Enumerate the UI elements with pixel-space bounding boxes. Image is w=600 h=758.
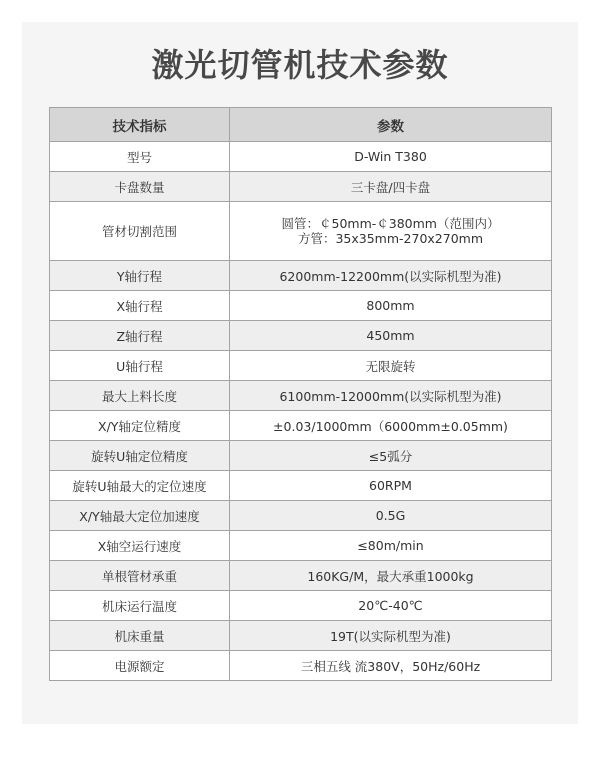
table-row: 管材切割范围 圆管：￠50mm-￠380mm（范围内） 方管：35x35mm-2…: [50, 202, 552, 261]
row-label: X轴行程: [50, 291, 230, 321]
row-label: X/Y轴定位精度: [50, 411, 230, 441]
table-row: Y轴行程 6200mm-12200mm(以实际机型为准): [50, 261, 552, 291]
row-value: 三相五线 流380V，50Hz/60Hz: [230, 651, 552, 681]
row-label: 型号: [50, 142, 230, 172]
row-value: 三卡盘/四卡盘: [230, 172, 552, 202]
table-row: 卡盘数量 三卡盘/四卡盘: [50, 172, 552, 202]
row-label: X/Y轴最大定位加速度: [50, 501, 230, 531]
row-value: 160KG/M，最大承重1000kg: [230, 561, 552, 591]
table-row: 电源额定 三相五线 流380V，50Hz/60Hz: [50, 651, 552, 681]
row-value: 20℃-40℃: [230, 591, 552, 621]
row-value: 6200mm-12200mm(以实际机型为准): [230, 261, 552, 291]
row-label: Y轴行程: [50, 261, 230, 291]
table-row: X轴空运行速度 ≤80m/min: [50, 531, 552, 561]
column-header-spec: 技术指标: [50, 108, 230, 142]
page-title: 激光切管机技术参数: [22, 45, 578, 85]
row-label: 单根管材承重: [50, 561, 230, 591]
row-value: 无限旋转: [230, 351, 552, 381]
table-row: 机床重量 19T(以实际机型为准): [50, 621, 552, 651]
row-value: 19T(以实际机型为准): [230, 621, 552, 651]
row-label: 管材切割范围: [50, 202, 230, 261]
table-row: 最大上料长度 6100mm-12000mm(以实际机型为准): [50, 381, 552, 411]
row-label: 电源额定: [50, 651, 230, 681]
spec-table: 技术指标 参数 型号 D-Win T380 卡盘数量 三卡盘/四卡盘 管材切割范…: [49, 107, 552, 681]
table-row: Z轴行程 450mm: [50, 321, 552, 351]
row-value-line: 方管：35x35mm-270x270mm: [234, 231, 547, 246]
row-label: Z轴行程: [50, 321, 230, 351]
row-value: 60RPM: [230, 471, 552, 501]
row-value-line: 圆管：￠50mm-￠380mm（范围内）: [234, 216, 547, 231]
table-row: X/Y轴最大定位加速度 0.5G: [50, 501, 552, 531]
table-row: 单根管材承重 160KG/M，最大承重1000kg: [50, 561, 552, 591]
table-row: 旋转U轴最大的定位速度 60RPM: [50, 471, 552, 501]
row-value: 圆管：￠50mm-￠380mm（范围内） 方管：35x35mm-270x270m…: [230, 202, 552, 261]
table-row: U轴行程 无限旋转: [50, 351, 552, 381]
row-value: D-Win T380: [230, 142, 552, 172]
table-row: X/Y轴定位精度 ±0.03/1000mm（6000mm±0.05mm): [50, 411, 552, 441]
column-header-param: 参数: [230, 108, 552, 142]
row-value: ≤80m/min: [230, 531, 552, 561]
row-label: 旋转U轴定位精度: [50, 441, 230, 471]
spec-panel: 激光切管机技术参数 技术指标 参数 型号 D-Win T380 卡盘数量 三卡盘…: [22, 22, 578, 724]
row-label: X轴空运行速度: [50, 531, 230, 561]
table-row: 旋转U轴定位精度 ≤5弧分: [50, 441, 552, 471]
row-label: 机床运行温度: [50, 591, 230, 621]
table-header-row: 技术指标 参数: [50, 108, 552, 142]
row-label: 旋转U轴最大的定位速度: [50, 471, 230, 501]
row-value: ≤5弧分: [230, 441, 552, 471]
table-row: 机床运行温度 20℃-40℃: [50, 591, 552, 621]
row-value: 6100mm-12000mm(以实际机型为准): [230, 381, 552, 411]
row-value: 800mm: [230, 291, 552, 321]
row-value: 0.5G: [230, 501, 552, 531]
row-label: 机床重量: [50, 621, 230, 651]
row-label: U轴行程: [50, 351, 230, 381]
table-row: X轴行程 800mm: [50, 291, 552, 321]
table-row: 型号 D-Win T380: [50, 142, 552, 172]
row-label: 卡盘数量: [50, 172, 230, 202]
row-value: ±0.03/1000mm（6000mm±0.05mm): [230, 411, 552, 441]
row-value: 450mm: [230, 321, 552, 351]
row-label: 最大上料长度: [50, 381, 230, 411]
